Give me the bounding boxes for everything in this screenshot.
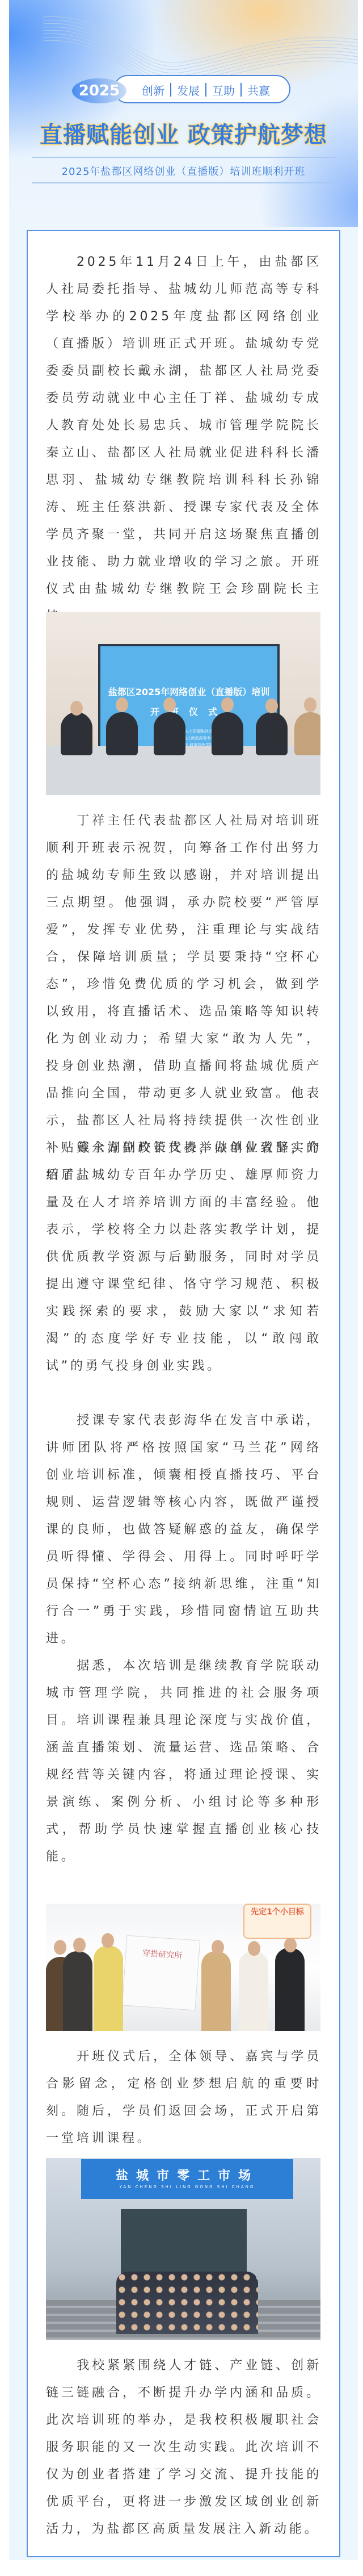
paragraph-7: 我校紧紧围绕人才链、产业链、创新链三链融合，不断提升办学内涵和品质。此次培训班的… <box>46 2352 322 2543</box>
photo-group-portrait: 盐城市零工市场 YAN CHENG SHI LING GONG SHI CHAN… <box>46 2158 320 2340</box>
page-background: 2025 创新 发展 互助 共赢 直播赋能创业 政策护航梦想 2025年盐都区网… <box>9 0 358 2560</box>
page-subtitle: 2025年盐都区网络创业（直播版）培训班顺利开班 <box>9 164 358 178</box>
photo-group-poster: 先定1个小目标 穿搭研究所 <box>46 1904 320 2031</box>
article-body: 2025年11月24日上午，由盐都区人社局委托指导、盐城幼儿师范高等专科学校举办… <box>27 230 340 2557</box>
badge-tag: 创新 <box>142 82 164 98</box>
paragraph-2: 丁祥主任代表盐都区人社局对培训班顺利开班表示祝贺，向筹备工作付出努力的盐城幼专师… <box>46 808 322 1189</box>
badge-tag: 共赢 <box>247 82 270 98</box>
photo-opening-ceremony: 盐都区2025年网络创业（直播版）培训 开班仪式 主办单位：盐都区人力资源和社会… <box>46 612 320 795</box>
paragraph-4: 授课专家代表彭海华在发言中承诺，讲师团队将严格按照国家“马兰花”网络创业培训标准… <box>46 1407 322 1653</box>
divider-top <box>32 157 335 158</box>
building-sign: 盐城市零工市场 YAN CHENG SHI LING GONG SHI CHAN… <box>81 2159 293 2199</box>
page-title: 直播赋能创业 政策护航梦想 <box>9 117 358 149</box>
badge-tag: 发展 <box>177 82 200 98</box>
paragraph-5: 据悉，本次培训是继续教育学院联动城市管理学院，共同推进的社会服务项目。培训课程兼… <box>46 1653 322 1871</box>
tag-divider <box>170 83 171 97</box>
goal-sticker: 先定1个小目标 <box>243 1904 311 1939</box>
tag-divider <box>205 83 206 97</box>
paragraph-1: 2025年11月24日上午，由盐都区人社局委托指导、盐城幼儿师范高等专科学校举办… <box>46 249 322 630</box>
tag-divider <box>240 83 242 97</box>
badge-tag: 互助 <box>212 82 235 98</box>
group-of-people <box>116 2272 258 2334</box>
hand-drawn-poster: 穿搭研究所 <box>122 1935 200 2011</box>
badge-tags: 创新 发展 互助 共赢 <box>142 80 270 100</box>
paragraph-6: 开班仪式后，全体领导、嘉宾与学员合影留念，定格创业梦想启航的重要时刻。随后，学员… <box>46 2043 322 2152</box>
badge-year: 2025 <box>72 78 126 103</box>
paragraph-3: 戴永湖副校长代表举办单位致辞，介绍了盐城幼专百年办学历史、雄厚师资力量及在人才培… <box>46 1135 322 1380</box>
header-banner: 2025 创新 发展 互助 共赢 直播赋能创业 政策护航梦想 2025年盐都区网… <box>9 0 358 227</box>
divider-bottom <box>32 182 335 183</box>
